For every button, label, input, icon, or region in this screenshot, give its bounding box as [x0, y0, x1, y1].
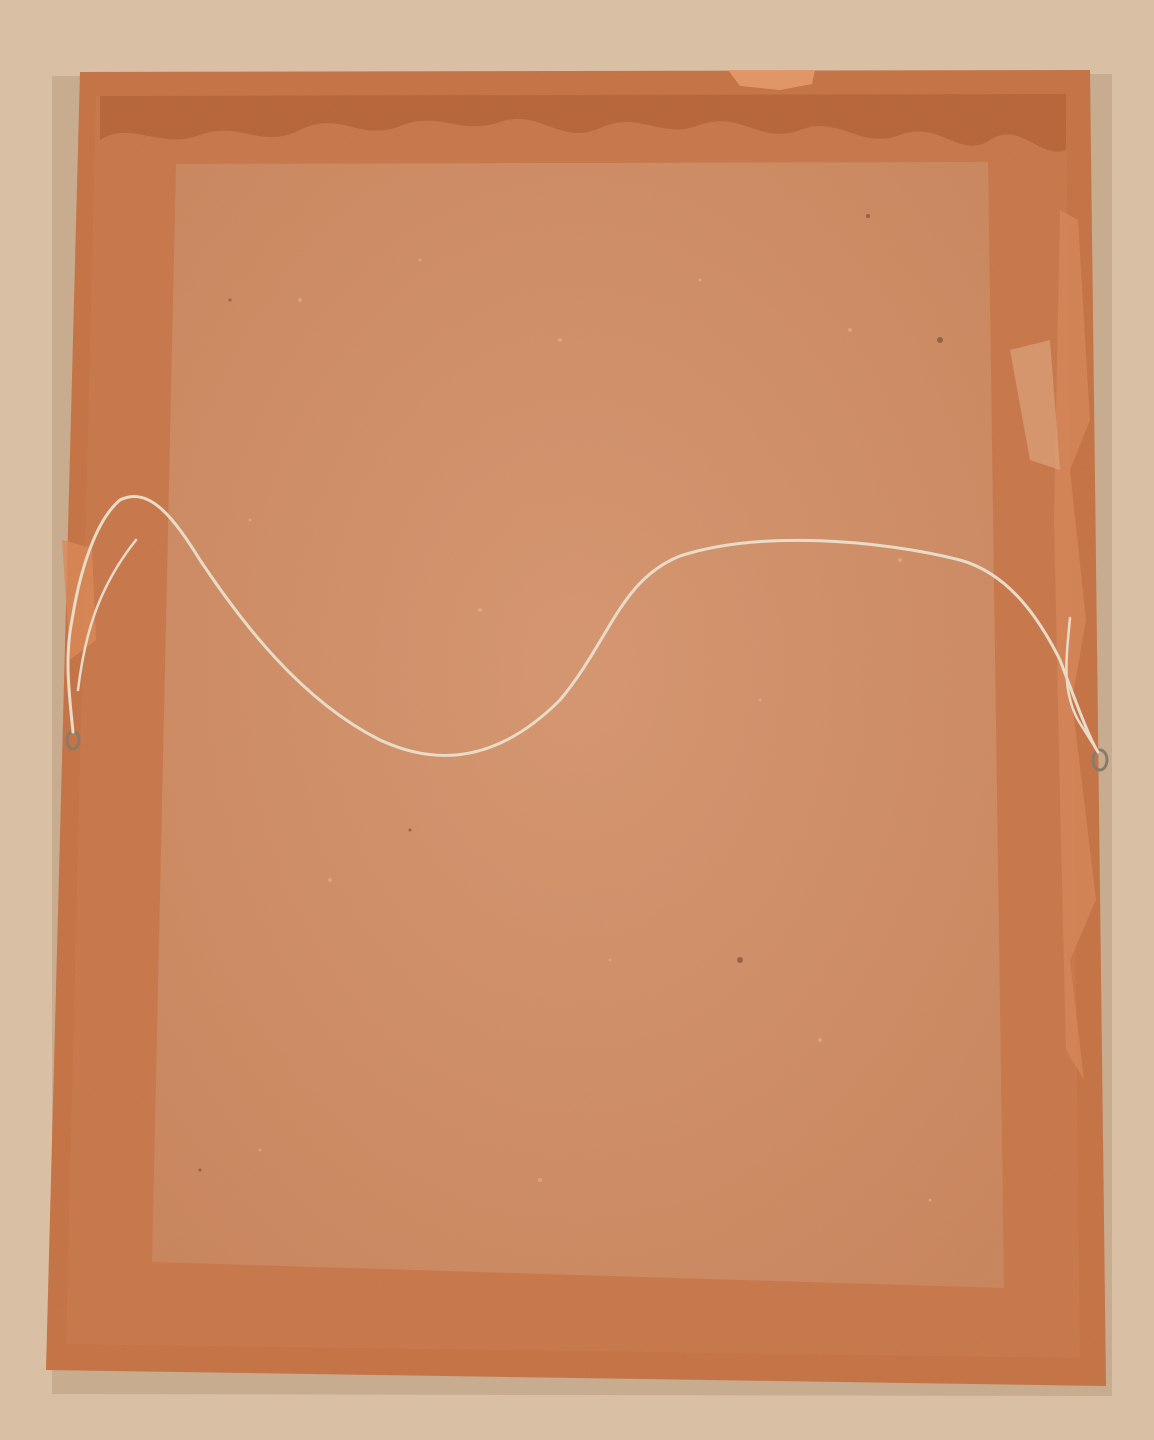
backing-board [152, 162, 1004, 1288]
frame-back-photo [0, 0, 1154, 1440]
